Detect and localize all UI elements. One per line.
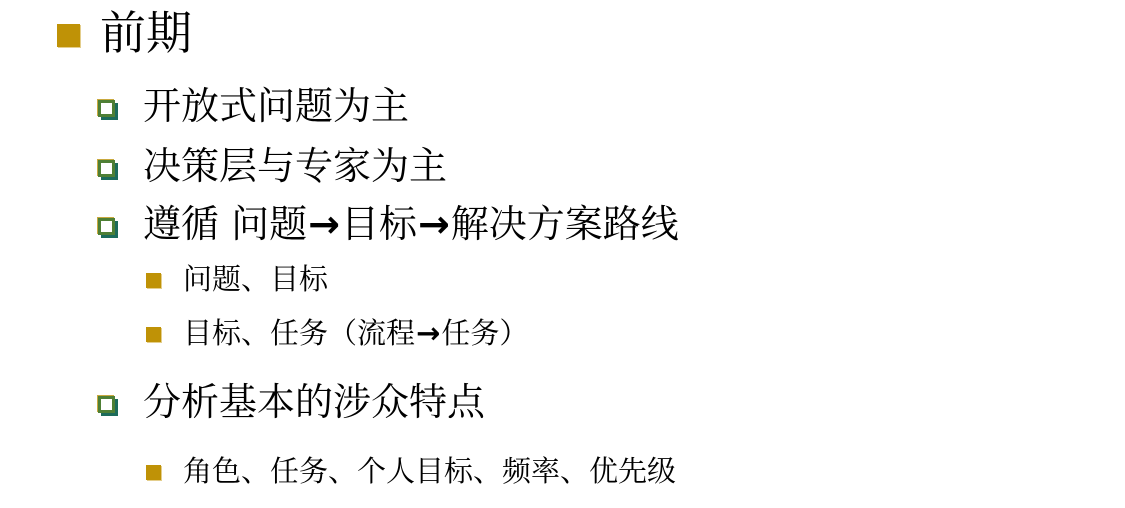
list-item-text: 目标、任务（流程→任务） — [183, 308, 528, 358]
list-item-stakeholder-analysis: 分析基本的涉众特点 — [98, 374, 1125, 430]
small-gold-square-bullet-icon — [146, 327, 161, 342]
list-item-text: 问题、目标 — [183, 254, 328, 304]
list-item-role-task-goal: 角色、任务、个人目标、频率、优先级 — [146, 446, 1125, 496]
list-item-text: 角色、任务、个人目标、频率、优先级 — [183, 446, 676, 496]
right-arrow-glyph: → — [417, 202, 451, 246]
list-item-text: 决策层与专家为主 — [143, 138, 447, 194]
list-item-problem-goal: 问题、目标 — [146, 254, 1125, 304]
hollow-green-square-bullet-icon — [98, 100, 115, 117]
right-arrow-glyph: → — [307, 202, 341, 246]
hollow-green-square-bullet-icon — [98, 160, 115, 177]
list-item-text: 遵循 问题→目标→解决方案路线 — [143, 196, 679, 252]
text-segment: 解决方案路线 — [451, 202, 679, 246]
list-item-goal-task: 目标、任务（流程→任务） — [146, 308, 1125, 358]
hollow-green-square-bullet-icon — [98, 218, 115, 235]
filled-gold-square-bullet-icon — [57, 24, 80, 47]
text-segment: 遵循 问题 — [143, 202, 307, 246]
small-gold-square-bullet-icon — [146, 465, 161, 480]
small-gold-square-bullet-icon — [146, 273, 161, 288]
list-item-follow-route: 遵循 问题→目标→解决方案路线 — [98, 196, 1125, 252]
list-item-open-questions: 开放式问题为主 — [98, 78, 1125, 134]
right-arrow-glyph: → — [415, 316, 441, 350]
list-item-decision-experts: 决策层与专家为主 — [98, 138, 1125, 194]
slide: 前期 开放式问题为主 决策层与专家为主 遵循 问题→目标→解决方案路线 问题、目… — [0, 0, 1125, 508]
list-item-text: 开放式问题为主 — [143, 78, 409, 134]
list-item-text: 前期 — [100, 4, 192, 62]
list-item-qianqi: 前期 — [57, 4, 1125, 62]
text-segment: 目标、任务（流程 — [183, 316, 415, 350]
text-segment: 目标 — [341, 202, 417, 246]
hollow-green-square-bullet-icon — [98, 396, 115, 413]
list-item-text: 分析基本的涉众特点 — [143, 374, 485, 430]
text-segment: 任务） — [441, 316, 528, 350]
